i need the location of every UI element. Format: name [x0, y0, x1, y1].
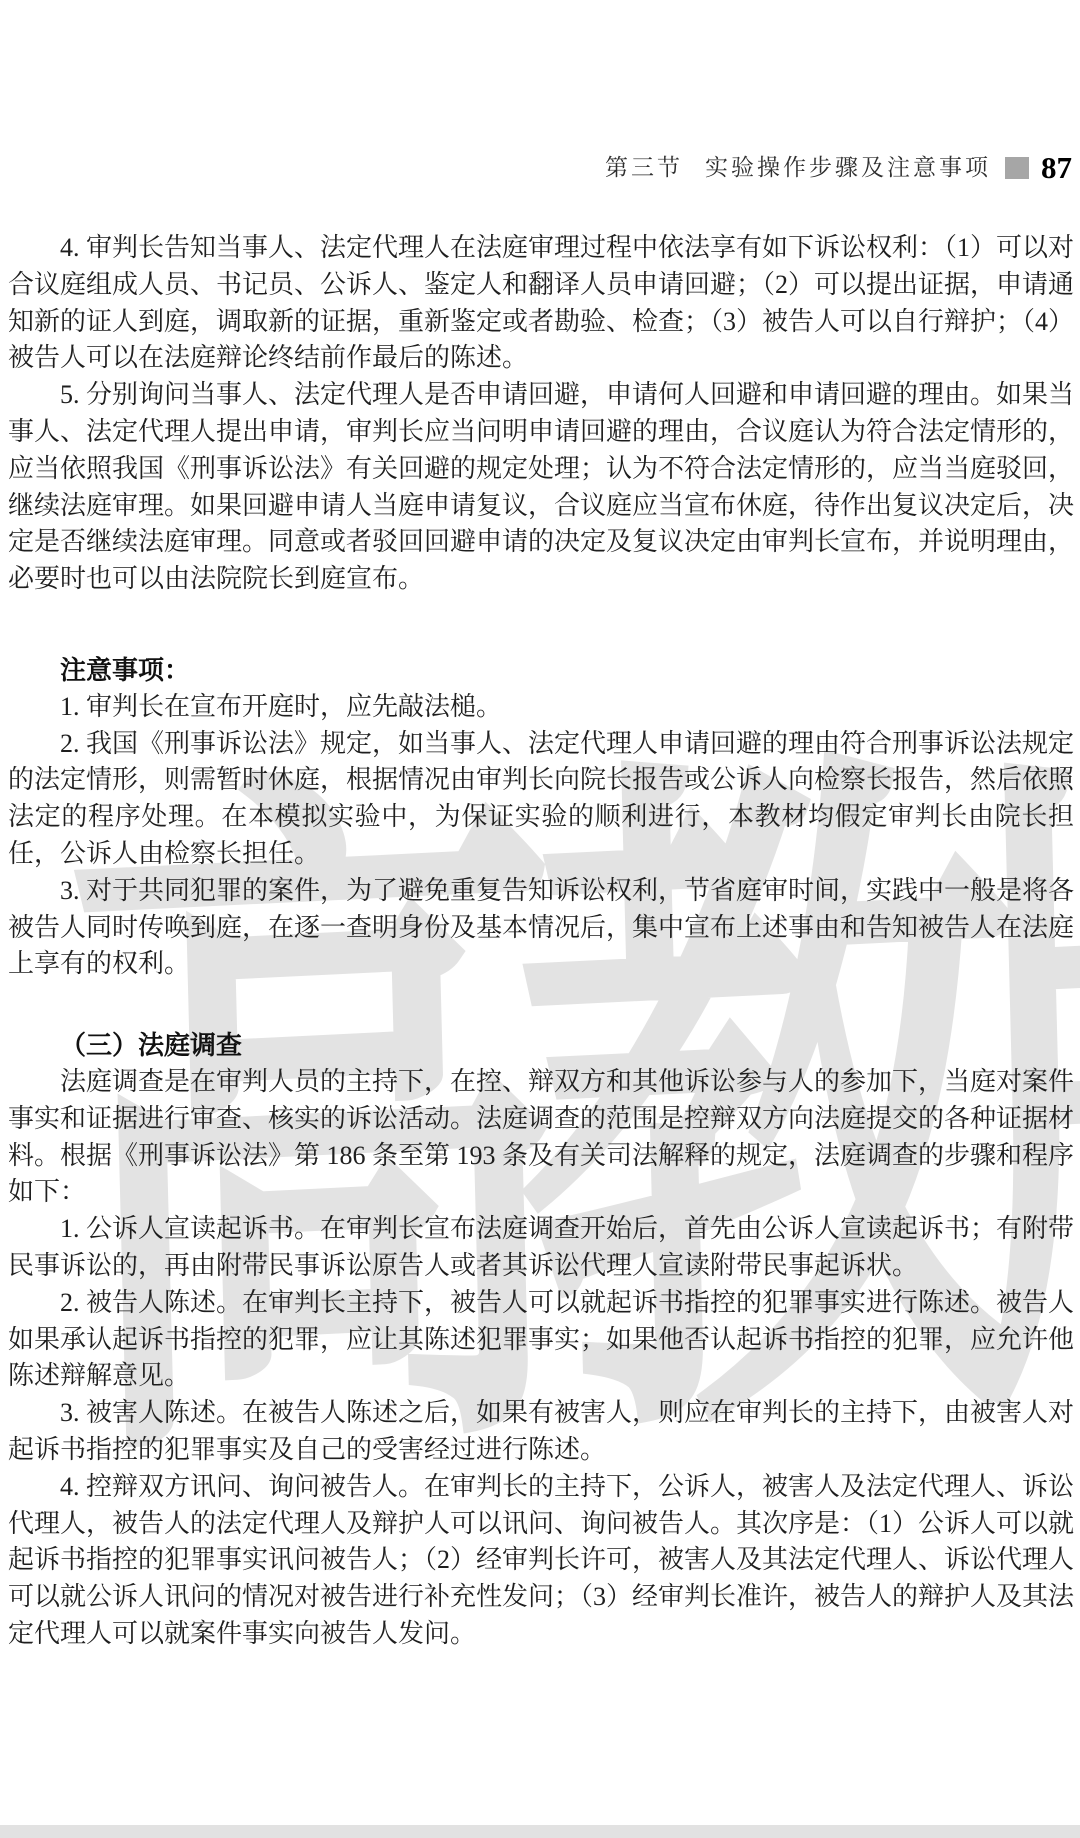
court-investigation-step-3: 3. 被害人陈述。在被告人陈述之后，如果有被害人，则应在审判长的主持下，由被害人…: [8, 1395, 1074, 1469]
page-body: 4. 审判长告知当事人、法定代理人在法庭审理过程中依法享有如下诉讼权利：（1）可…: [8, 230, 1074, 1653]
paragraph-step-4: 4. 审判长告知当事人、法定代理人在法庭审理过程中依法享有如下诉讼权利：（1）可…: [8, 230, 1074, 377]
header-square-marker: [1005, 157, 1029, 179]
notes-item-3: 3. 对于共同犯罪的案件，为了避免重复告知诉讼权利，节省庭审时间，实践中一般是将…: [8, 873, 1074, 983]
page-number: 87: [1041, 153, 1072, 183]
notes-item-1: 1. 审判长在宣布开庭时，应先敲法槌。: [8, 689, 1074, 726]
court-investigation-intro: 法庭调查是在审判人员的主持下，在控、辩双方和其他诉讼参与人的参加下，当庭对案件事…: [8, 1064, 1074, 1211]
court-investigation-heading: （三）法庭调查: [8, 1027, 1074, 1064]
court-investigation-step-2: 2. 被告人陈述。在审判长主持下，被告人可以就起诉书指控的犯罪事实进行陈述。被告…: [8, 1285, 1074, 1395]
page-header: 第三节 实验操作步骤及注意事项 87: [605, 153, 1072, 183]
court-investigation-step-4: 4. 控辩双方讯问、询问被告人。在审判长的主持下，公诉人，被害人及法定代理人、诉…: [8, 1469, 1074, 1653]
notes-heading: 注意事项：: [8, 652, 1074, 689]
section-title: 实验操作步骤及注意事项: [705, 153, 991, 183]
page-bottom-edge: [0, 1825, 1080, 1838]
court-investigation-step-1: 1. 公诉人宣读起诉书。在审判长宣布法庭调查开始后，首先由公诉人宣读起诉书；有附…: [8, 1211, 1074, 1285]
section-label: 第三节: [605, 153, 683, 183]
paragraph-step-5: 5. 分别询问当事人、法定代理人是否申请回避，申请何人回避和申请回避的理由。如果…: [8, 377, 1074, 598]
page: 第三节 实验操作步骤及注意事项 87 高教版 4. 审判长告知当事人、法定代理人…: [0, 0, 1080, 1838]
notes-item-2: 2. 我国《刑事诉讼法》规定，如当事人、法定代理人申请回避的理由符合刑事诉讼法规…: [8, 726, 1074, 873]
